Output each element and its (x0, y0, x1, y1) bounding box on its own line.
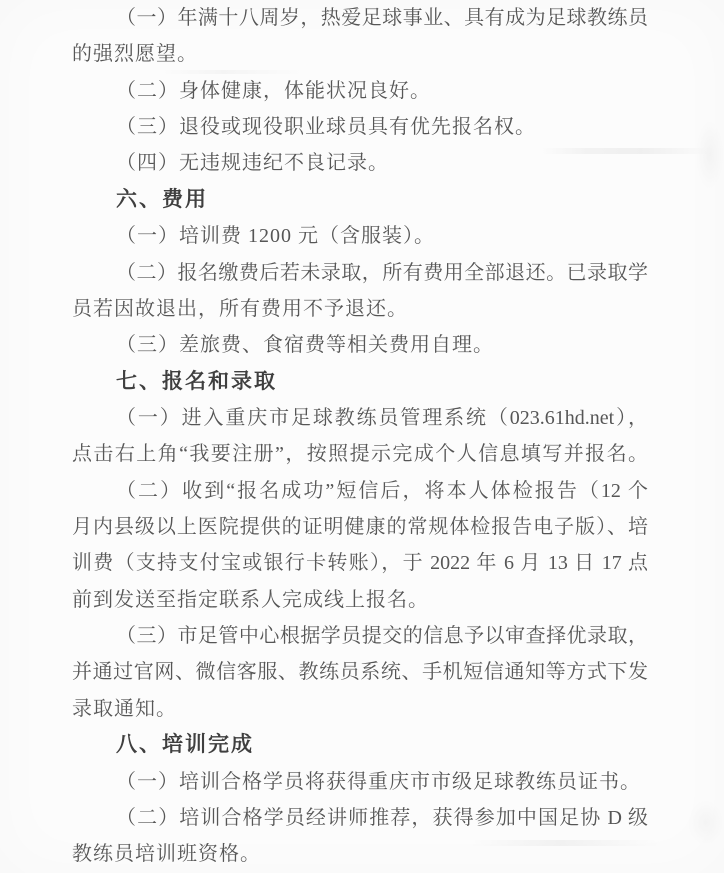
scan-artifact (688, 800, 724, 846)
text-line: 员若因故退出，所有费用不予退还。 (72, 291, 648, 327)
text-line: 前到发送至指定联系人完成线上报名。 (72, 582, 648, 618)
section-heading: 七、报名和录取 (72, 364, 648, 400)
text-line: 点击右上角“我要注册”，按照提示完成个人信息填写并报名。 (72, 436, 648, 472)
text-line: 训费（支持支付宝或银行卡转账），于 2022 年 6 月 13 日 17 点 (72, 545, 648, 581)
text-line: （一）进入重庆市足球教练员管理系统（023.61hd.net）， (72, 400, 648, 436)
text-line: （一）培训合格学员将获得重庆市市级足球教练员证书。 (72, 764, 648, 800)
text-line: （三）市足管中心根据学员提交的信息予以审查择优录取， (72, 618, 648, 654)
text-line: （一）培训费 1200 元（含服装）。 (72, 218, 648, 254)
text-line: 并通过官网、微信客服、教练员系统、手机短信通知等方式下发 (72, 654, 648, 690)
scanned-document-page: （一）年满十八周岁，热爱足球事业、具有成为足球教练员的强烈愿望。（二）身体健康，… (0, 0, 724, 873)
text-line: 的强烈愿望。 (72, 36, 648, 72)
section-heading: 八、培训完成 (72, 727, 648, 763)
document-text-block: （一）年满十八周岁，热爱足球事业、具有成为足球教练员的强烈愿望。（二）身体健康，… (72, 0, 648, 873)
text-line: 月内县级以上医院提供的证明健康的常规体检报告电子版）、培 (72, 509, 648, 545)
text-line: 录取通知。 (72, 691, 648, 727)
text-line: （二）培训合格学员经讲师推荐，获得参加中国足协 D 级 (72, 800, 648, 836)
section-heading: 六、费用 (72, 182, 648, 218)
scan-artifact (696, 120, 724, 190)
text-line: （二）收到“报名成功”短信后，将本人体检报告（12 个 (72, 473, 648, 509)
text-line: （四）无违规违纪不良记录。 (72, 145, 648, 181)
text-line: （三）差旅费、食宿费等相关费用自理。 (72, 327, 648, 363)
text-line: （三）退役或现役职业球员具有优先报名权。 (72, 109, 648, 145)
text-line: （二）报名缴费后若未录取，所有费用全部退还。已录取学 (72, 255, 648, 291)
text-line: 教练员培训班资格。 (72, 836, 648, 872)
text-line: （一）年满十八周岁，热爱足球事业、具有成为足球教练员 (72, 0, 648, 36)
text-line: （二）身体健康，体能状况良好。 (72, 73, 648, 109)
